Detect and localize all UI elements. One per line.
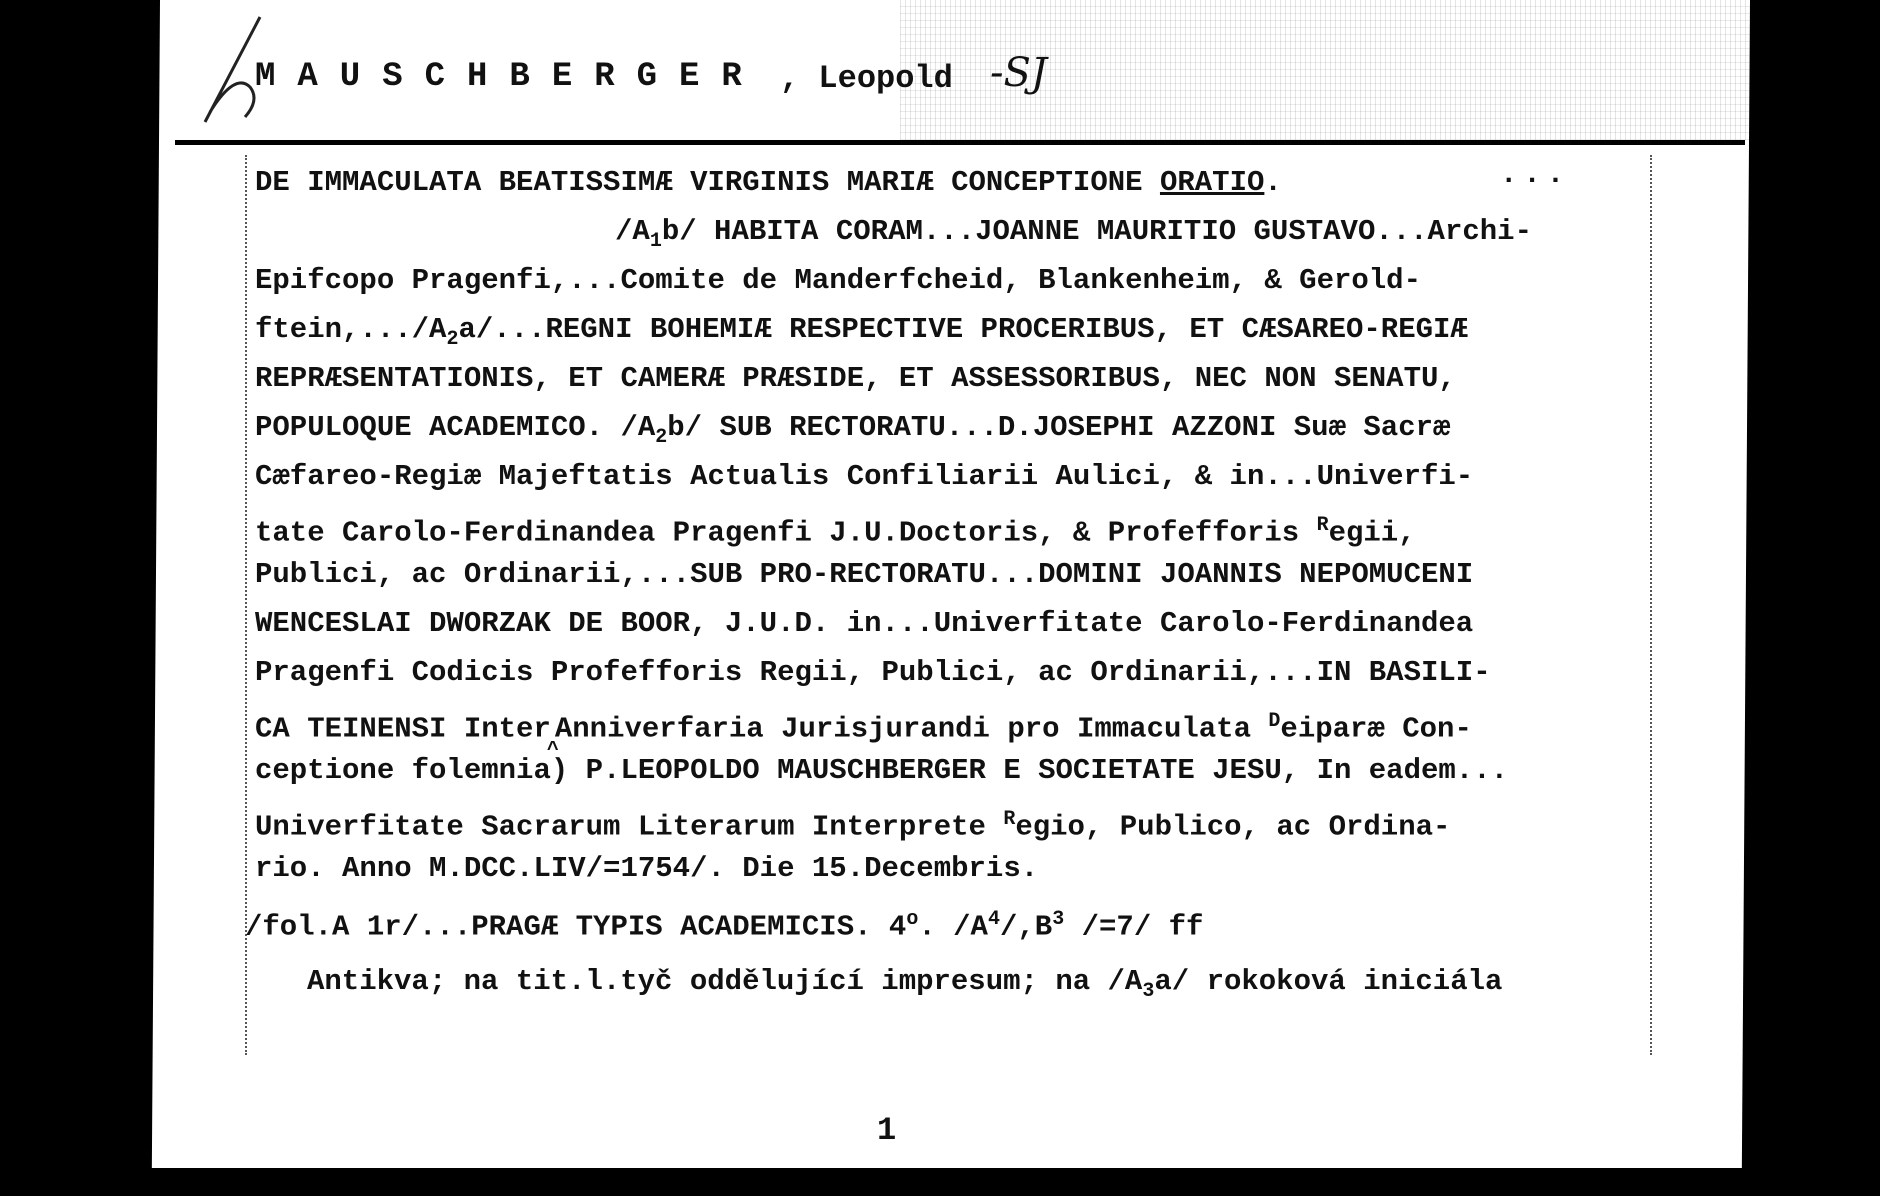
description-line: ftein,.../A2a/...REGNI BOHEMIÆ RESPECTIV… [255,305,1675,354]
note-sub: 3 [1142,980,1154,1003]
description-line: WENCESLAI DWORZAK DE BOOR, J.U.D. in...U… [255,599,1675,648]
note-post: a/ rokoková iniciála [1154,965,1502,998]
body-lines: /A1b/ HABITA CORAM...JOANNE MAURITIO GUS… [255,207,1675,893]
description-line: POPULOQUE ACADEMICO. /A2b/ SUB RECTORATU… [255,403,1675,452]
description-line: /A1b/ HABITA CORAM...JOANNE MAURITIO GUS… [255,207,1675,256]
description-line: CA TEINENSI Inter^Anniverfaria Jurisjura… [255,697,1675,746]
gathering-b-count: 3 [1052,908,1064,931]
handwritten-note: -SJ [990,50,1047,96]
title-trailing-dots: ... [1500,158,1570,191]
collation-mid: . /A [918,911,988,944]
description-line: Univerfitate Sacrarum Literarum Interpre… [255,795,1675,844]
title-underlined-word: ORATIO [1160,166,1264,199]
description-line: tate Carolo-Ferdinandea Pragenfi J.U.Doc… [255,501,1675,550]
typographic-note: Antikva; na tit.l.tyč oddělující impresu… [307,965,1502,1003]
heading-surname: MAUSCHBERGER [255,58,764,96]
description-line: rio. Anno M.DCC.LIV/=1754/. Die 15.Decem… [255,844,1675,893]
note-text: Antikva; na tit.l.tyč oddělující impresu… [307,965,1142,998]
collation-mid2: /,B [1000,911,1052,944]
description-line: Epifcopo Pragenfi,...Comite de Manderfch… [255,256,1675,305]
description-line: Cæfareo-Regiæ Majeftatis Actualis Confil… [255,452,1675,501]
page-number: 1 [877,1112,896,1149]
given-name-text: Leopold [818,60,952,97]
title-line: DE IMMACULATA BEATISSIMÆ VIRGINIS MARIÆ … [255,158,1675,207]
collation-line: /fol.A 1r/...PRAGÆ TYPIS ACADEMICIS. 4o.… [245,908,1203,944]
description-line: REPRÆSENTATIONIS, ET CAMERÆ PRÆSIDE, ET … [255,354,1675,403]
title-text: DE IMMACULATA BEATISSIMÆ VIRGINIS MARIÆ … [255,166,1143,199]
description-line: Publici, ac Ordinarii,...SUB PRO-RECTORA… [255,550,1675,599]
collation-text: /fol.A 1r/...PRAGÆ TYPIS ACADEMICIS. 4 [245,911,906,944]
bibliographic-description: DE IMMACULATA BEATISSIMÆ VIRGINIS MARIÆ … [255,158,1675,893]
heading-given-name: , Leopold [780,60,953,97]
gathering-a-count: 4 [988,908,1000,931]
heading-separator: , [780,60,799,97]
header-rule [175,140,1745,145]
scan-border [150,1168,1750,1196]
description-line: Pragenfi Codicis Profefforis Regii, Publ… [255,648,1675,697]
title-end: . [1264,166,1281,199]
format-degree: o [906,908,918,931]
description-line: ceptione folemnia) P.LEOPOLDO MAUSCHBERG… [255,746,1675,795]
collation-post: /=7/ ff [1064,911,1203,944]
